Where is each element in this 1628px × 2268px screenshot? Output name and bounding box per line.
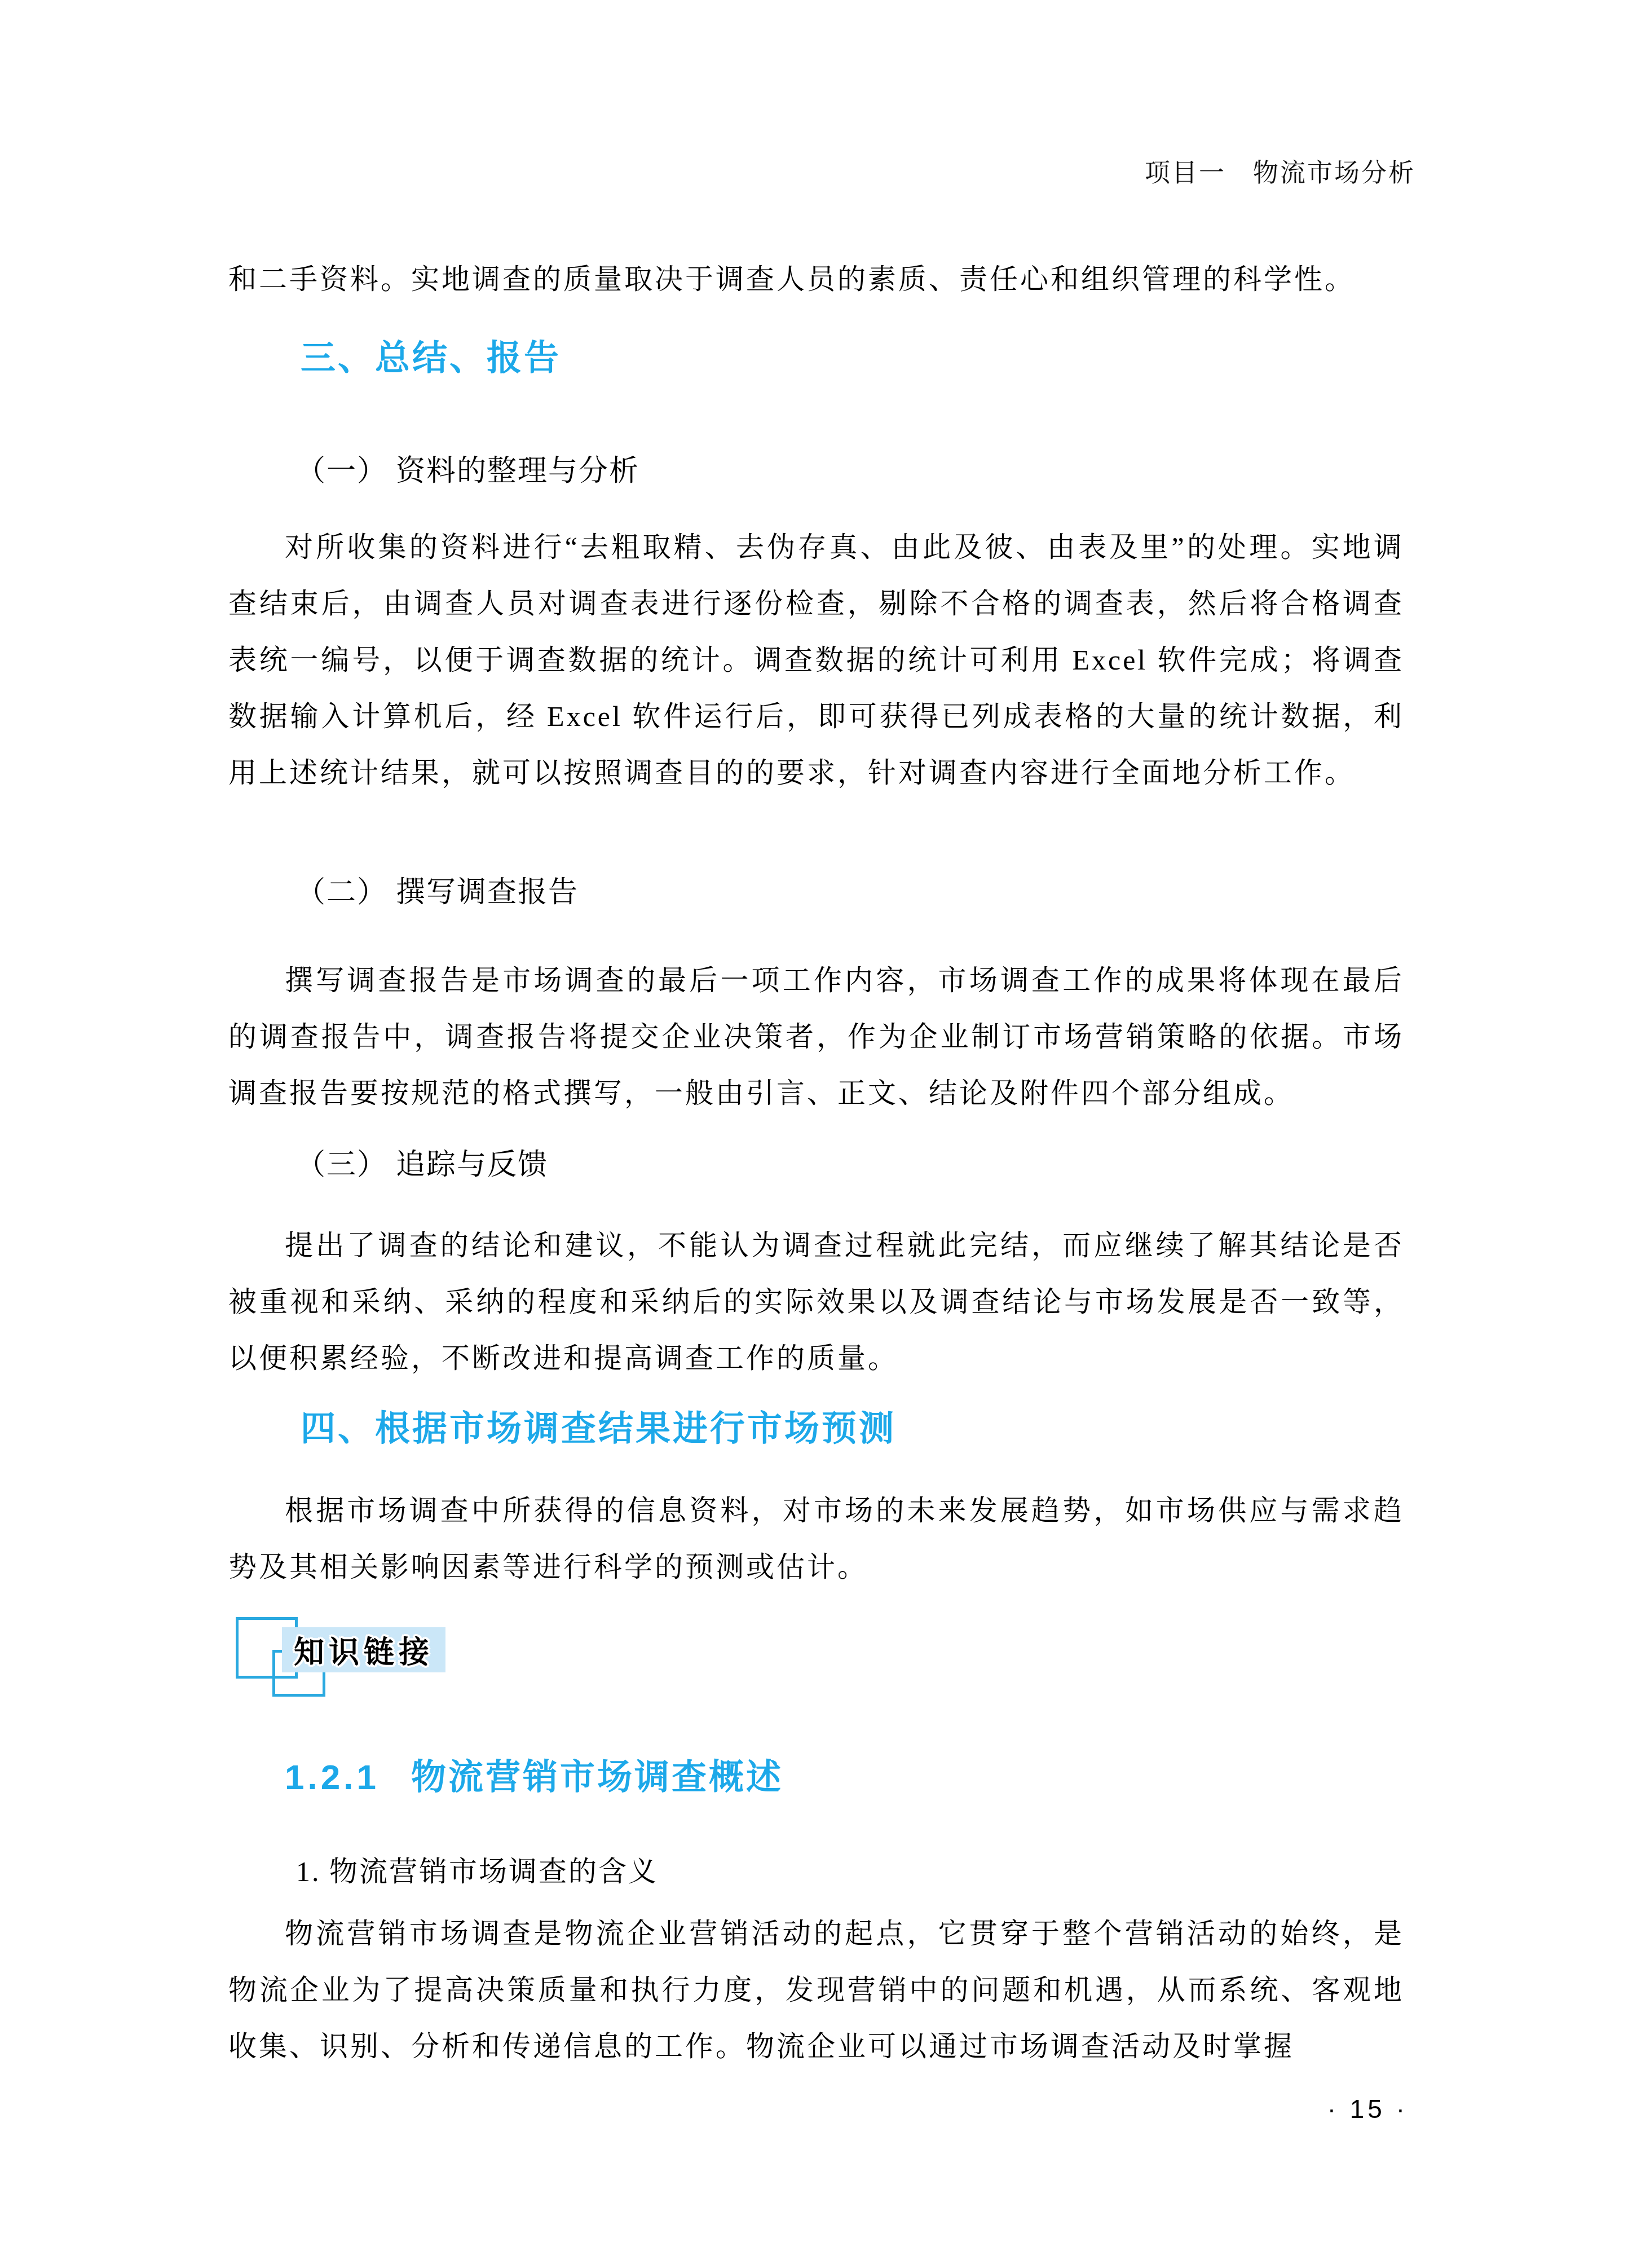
section-heading-three: 三、总结、报告 xyxy=(301,338,561,378)
section-heading-four: 四、根据市场调查结果进行市场预测 xyxy=(301,1409,896,1449)
knowledge-link-badge: 知识链接 xyxy=(236,1617,473,1707)
subsection-two-title: （二） 撰写调查报告 xyxy=(296,876,579,910)
subsection-three-paragraph: 提出了调查的结论和建议，不能认为调查过程就此完结，而应继续了解其结论是否被重视和… xyxy=(228,1217,1404,1386)
subsection-one-paragraph: 对所收集的资料进行“去粗取精、去伪存真、由此及彼、由表及里”的处理。实地调查结束… xyxy=(228,519,1404,801)
knowledge-link-label: 知识链接 xyxy=(282,1627,445,1672)
book-page: 项目一 物流市场分析 和二手资料。实地调查的质量取决于调查人员的素质、责任心和组… xyxy=(0,0,1628,2268)
list-item-one-title: 1. 物流营销市场调查的含义 xyxy=(296,1856,658,1888)
subsection-one-title: （一） 资料的整理与分析 xyxy=(296,455,639,488)
section-heading-121: 1.2.1物流营销市场调查概述 xyxy=(285,1758,783,1798)
section-title: 物流营销市场调查概述 xyxy=(411,1758,783,1797)
page-number: · 15 · xyxy=(1327,2094,1408,2124)
list-item-one-paragraph: 物流营销市场调查是物流企业营销活动的起点，它贯穿于整个营销活动的始终，是物流企业… xyxy=(228,1905,1404,2075)
subsection-three-title: （三） 追踪与反馈 xyxy=(296,1148,548,1182)
running-header: 项目一 物流市场分析 xyxy=(1145,152,1415,189)
subsection-two-paragraph: 撰写调查报告是市场调查的最后一项工作内容，市场调查工作的成果将体现在最后的调查报… xyxy=(228,952,1404,1121)
intro-paragraph: 和二手资料。实地调查的质量取决于调查人员的素质、责任心和组织管理的科学性。 xyxy=(228,251,1404,307)
section-four-paragraph: 根据市场调查中所获得的信息资料，对市场的未来发展趋势，如市场供应与需求趋势及其相… xyxy=(228,1482,1404,1595)
section-number: 1.2.1 xyxy=(285,1758,380,1797)
